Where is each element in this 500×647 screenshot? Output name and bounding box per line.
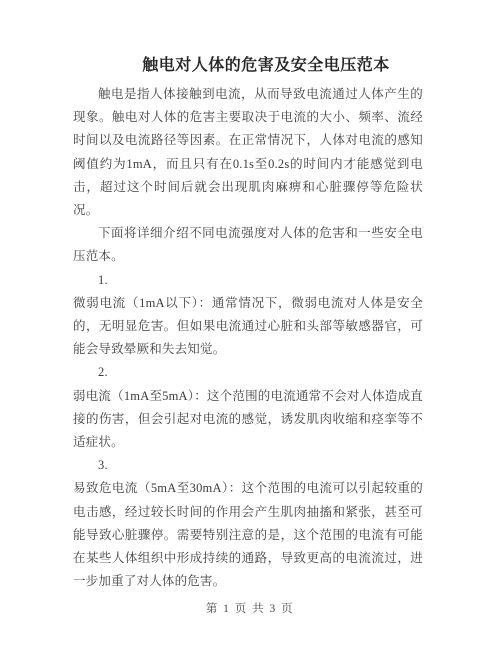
document-title: 触电对人体的危害及安全电压范本 <box>0 0 500 76</box>
list-number-1: 1. <box>73 269 423 292</box>
paragraph-weak-current-1-5ma: 弱电流（1mA至5mA）：这个范围的电流通常不会对人体造成直接的伤害，但会引起对… <box>73 385 423 455</box>
list-number-3: 3. <box>73 454 423 477</box>
paragraph-dangerous-current-5-30ma: 易致危电流（5mA至30mA）：这个范围的电流可以引起较重的电击感，经过较长时间… <box>73 477 423 593</box>
paragraph-overview: 下面将详细介绍不同电流强度对人体的危害和一些安全电压范本。 <box>73 222 423 268</box>
page-number-footer: 第 1 页 共 3 页 <box>0 602 500 617</box>
paragraph-intro: 触电是指人体接触到电流，从而导致电流通过人体产生的现象。触电对人体的危害主要取决… <box>73 83 423 222</box>
document-page: 触电对人体的危害及安全电压范本 触电是指人体接触到电流，从而导致电流通过人体产生… <box>0 0 500 647</box>
paragraph-weak-current-under-1ma: 微弱电流（1mA以下）：通常情况下，微弱电流对人体是安全的，无明显危害。但如果电… <box>73 292 423 362</box>
document-body: 触电是指人体接触到电流，从而导致电流通过人体产生的现象。触电对人体的危害主要取决… <box>73 83 423 593</box>
list-number-2: 2. <box>73 361 423 384</box>
